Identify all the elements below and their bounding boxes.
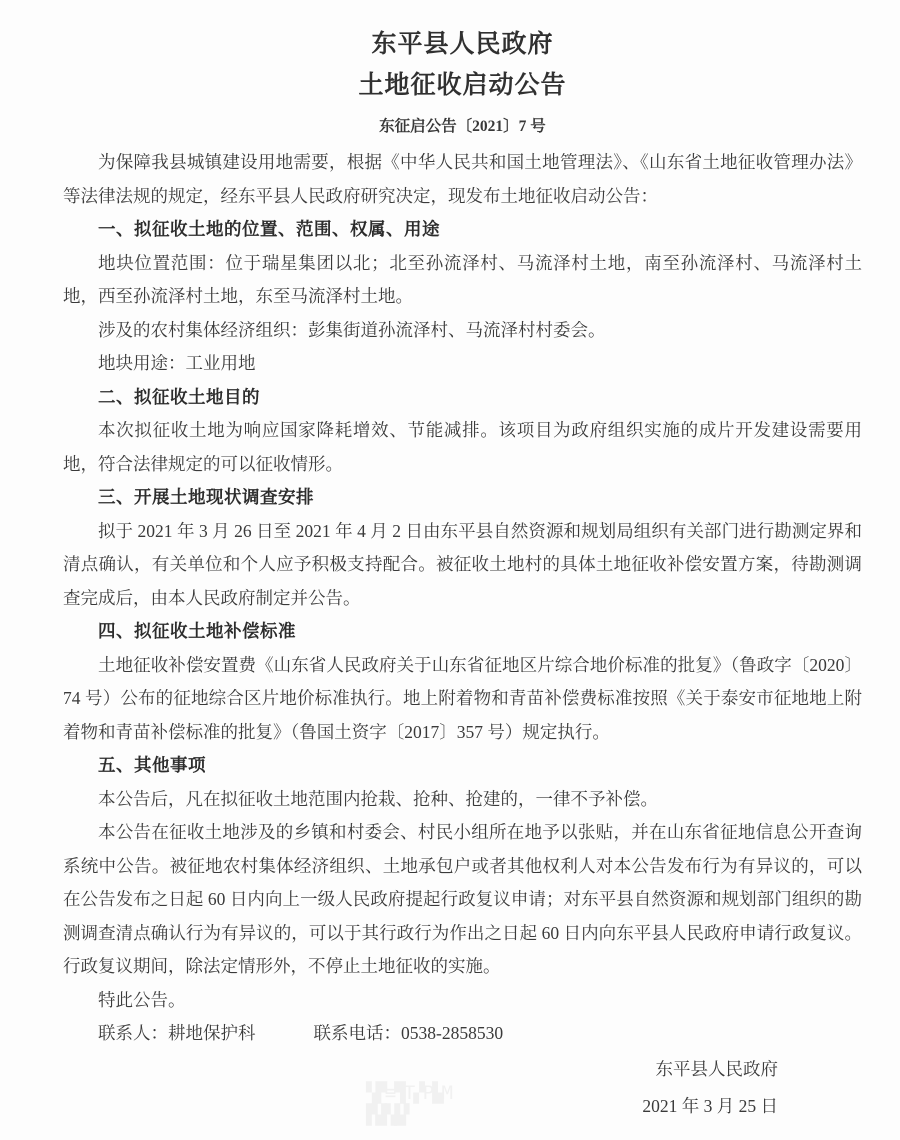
section-5-paragraph-2: 本公告在征收土地涉及的乡镇和村委会、村民小组所在地予以张贴，并在山东省征地信息公… xyxy=(63,816,862,984)
section-4-heading: 四、拟征收土地补偿标准 xyxy=(63,615,862,649)
doc-number: 东征启公告〔2021〕7 号 xyxy=(63,116,862,138)
org-title: 东平县人民政府 xyxy=(63,28,862,62)
section-1-paragraph-3: 地块用途：工业用地 xyxy=(63,347,862,381)
intro-paragraph: 为保障我县城镇建设用地需要，根据《中华人民共和国土地管理法》、《山东省土地征收管… xyxy=(63,146,862,213)
section-5-heading: 五、其他事项 xyxy=(63,749,862,783)
section-2-paragraph-1: 本次拟征收土地为响应国家降耗增效、节能减排。该项目为政府组织实施的成片开发建设需… xyxy=(63,414,862,481)
section-5-paragraph-1: 本公告后，凡在拟征收土地范围内抢栽、抢种、抢建的，一律不予补偿。 xyxy=(63,783,862,817)
document-body: 为保障我县城镇建设用地需要，根据《中华人民共和国土地管理法》、《山东省土地征收管… xyxy=(63,146,862,1051)
section-1-heading: 一、拟征收土地的位置、范围、权属、用途 xyxy=(63,213,862,247)
signature-date: 2021 年 3 月 25 日 xyxy=(63,1088,778,1125)
contact-person: 联系人：耕地保护科 xyxy=(98,1023,256,1043)
contact-line: 联系人：耕地保护科联系电话：0538-2858530 xyxy=(63,1017,862,1051)
notice-title: 土地征收启动公告 xyxy=(63,69,862,103)
section-4-paragraph-1: 土地征收补偿安置费《山东省人民政府关于山东省征地区片综合地价标准的批复》（鲁政字… xyxy=(63,649,862,750)
signature-block: 东平县人民政府 2021 年 3 月 25 日 xyxy=(63,1051,862,1125)
announcement-document: 东平县人民政府 土地征收启动公告 东征启公告〔2021〕7 号 为保障我县城镇建… xyxy=(0,0,900,1140)
signature-org: 东平县人民政府 xyxy=(63,1051,778,1088)
section-2-heading: 二、拟征收土地目的 xyxy=(63,381,862,415)
contact-phone: 联系电话：0538-2858530 xyxy=(314,1023,504,1043)
section-1-paragraph-2: 涉及的农村集体经济组织：彭集街道孙流泽村、马流泽村村委会。 xyxy=(63,314,862,348)
section-3-paragraph-1: 拟于 2021 年 3 月 26 日至 2021 年 4 月 2 日由东平县自然… xyxy=(63,515,862,616)
closing-paragraph: 特此公告。 xyxy=(63,984,862,1018)
section-1-paragraph-1: 地块位置范围：位于瑞星集团以北；北至孙流泽村、马流泽村土地，南至孙流泽村、马流泽… xyxy=(63,247,862,314)
section-3-heading: 三、开展土地现状调查安排 xyxy=(63,481,862,515)
